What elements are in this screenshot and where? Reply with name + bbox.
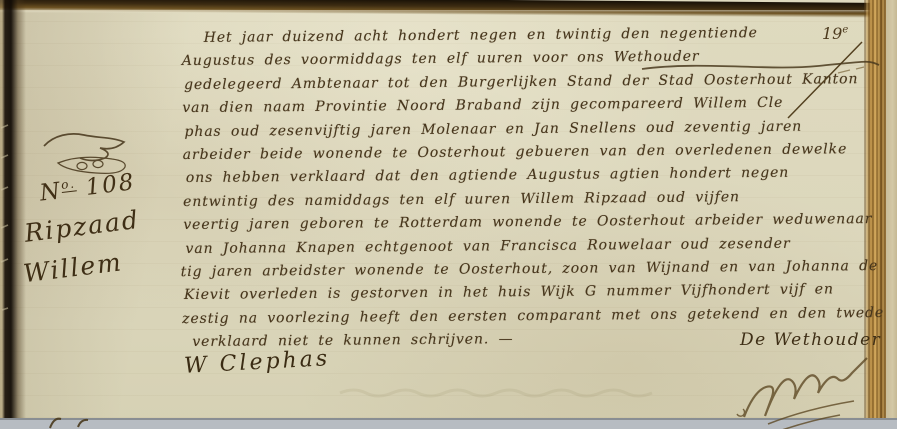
act-number-value: 108 — [84, 169, 137, 201]
act-number: No. 108 — [38, 169, 137, 207]
register-page: 19e No. 108 Ripzaad Willem Het jaar duiz… — [0, 0, 897, 429]
margin-annotation: No. 108 Ripzaad Willem — [7, 116, 176, 137]
bleed-through-text — [340, 390, 652, 396]
margin-deceased-surname: Ripzaad — [23, 205, 141, 248]
act-number-prefix: N — [38, 178, 63, 207]
page-top-highlight — [0, 10, 897, 13]
next-page-sliver — [886, 0, 897, 429]
binding-gutter-shadow — [0, 0, 26, 429]
margin-deceased-given-name: Willem — [22, 247, 125, 288]
manuscript-body: Het jaar duizend acht hondert negen en t… — [182, 21, 885, 355]
act-number-superscript: o. — [60, 177, 77, 194]
margin-flourish — [44, 134, 125, 173]
wethouder-title: De Wethouder — [740, 330, 881, 350]
scan-bottom-band — [0, 418, 897, 429]
